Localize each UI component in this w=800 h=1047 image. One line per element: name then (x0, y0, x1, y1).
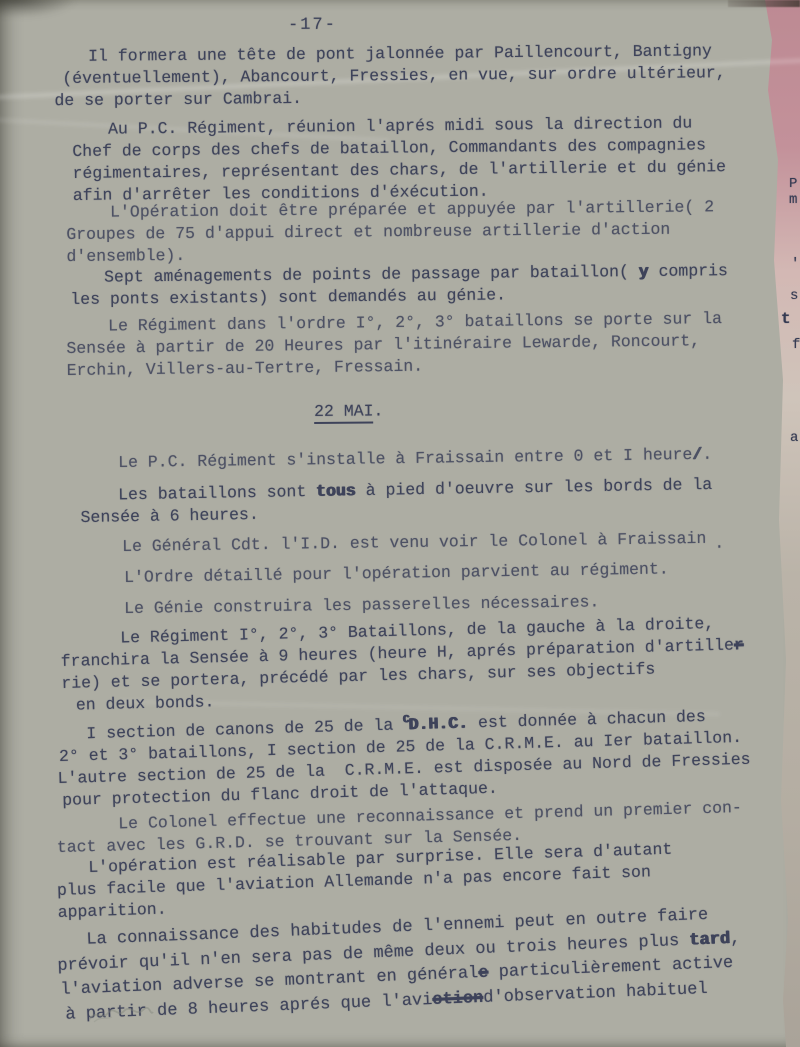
overtyped-word: tard (689, 929, 731, 950)
edge-fragment: m (789, 192, 797, 208)
edge-fragment: f (792, 337, 800, 353)
corner-shadow (0, 0, 78, 18)
photo-edge-shadow (728, 0, 800, 7)
edge-fragment: s (790, 288, 798, 304)
paragraph-1: Il formera une tête de pont jalonnée par… (62, 40, 726, 112)
stray-period: . (714, 534, 724, 553)
edge-fragment: ' (791, 256, 799, 272)
date-heading-dot: . (373, 401, 383, 420)
paragraph-2: Au P.C. Régiment, réunion l'aprés midi s… (72, 112, 726, 207)
pencil-smudge (86, 1004, 156, 1026)
date-heading: 22 MAI. (314, 400, 384, 423)
struck-char: r (734, 635, 744, 654)
overtyped-char: / (692, 445, 702, 464)
edge-fragment: a (790, 430, 798, 446)
overtyped-abbreviation: D.H.C. (408, 714, 468, 735)
struck-chars: otion (432, 988, 484, 1009)
paragraph-3: L'Opération doit être préparée et appuyé… (66, 196, 715, 268)
paragraph-12: I section de canons de 25 de la CD.H.C. … (58, 700, 751, 812)
edge-fragment: P (789, 176, 797, 192)
paragraph-5: Le Régiment dans l'ordre I°, 2°, 3° bata… (66, 308, 723, 382)
paragraph-4: Sept aménagements de points de passage p… (70, 260, 728, 311)
overtyped-word: tous (316, 481, 356, 501)
paragraph-11: Le Régiment I°, 2°, 3° Bataillons, de la… (60, 612, 745, 717)
page-number: -17- (288, 15, 337, 37)
overtyped-char: y (639, 262, 649, 281)
edge-fragment: t (781, 310, 791, 328)
date-heading-text: 22 MAI (314, 401, 374, 424)
